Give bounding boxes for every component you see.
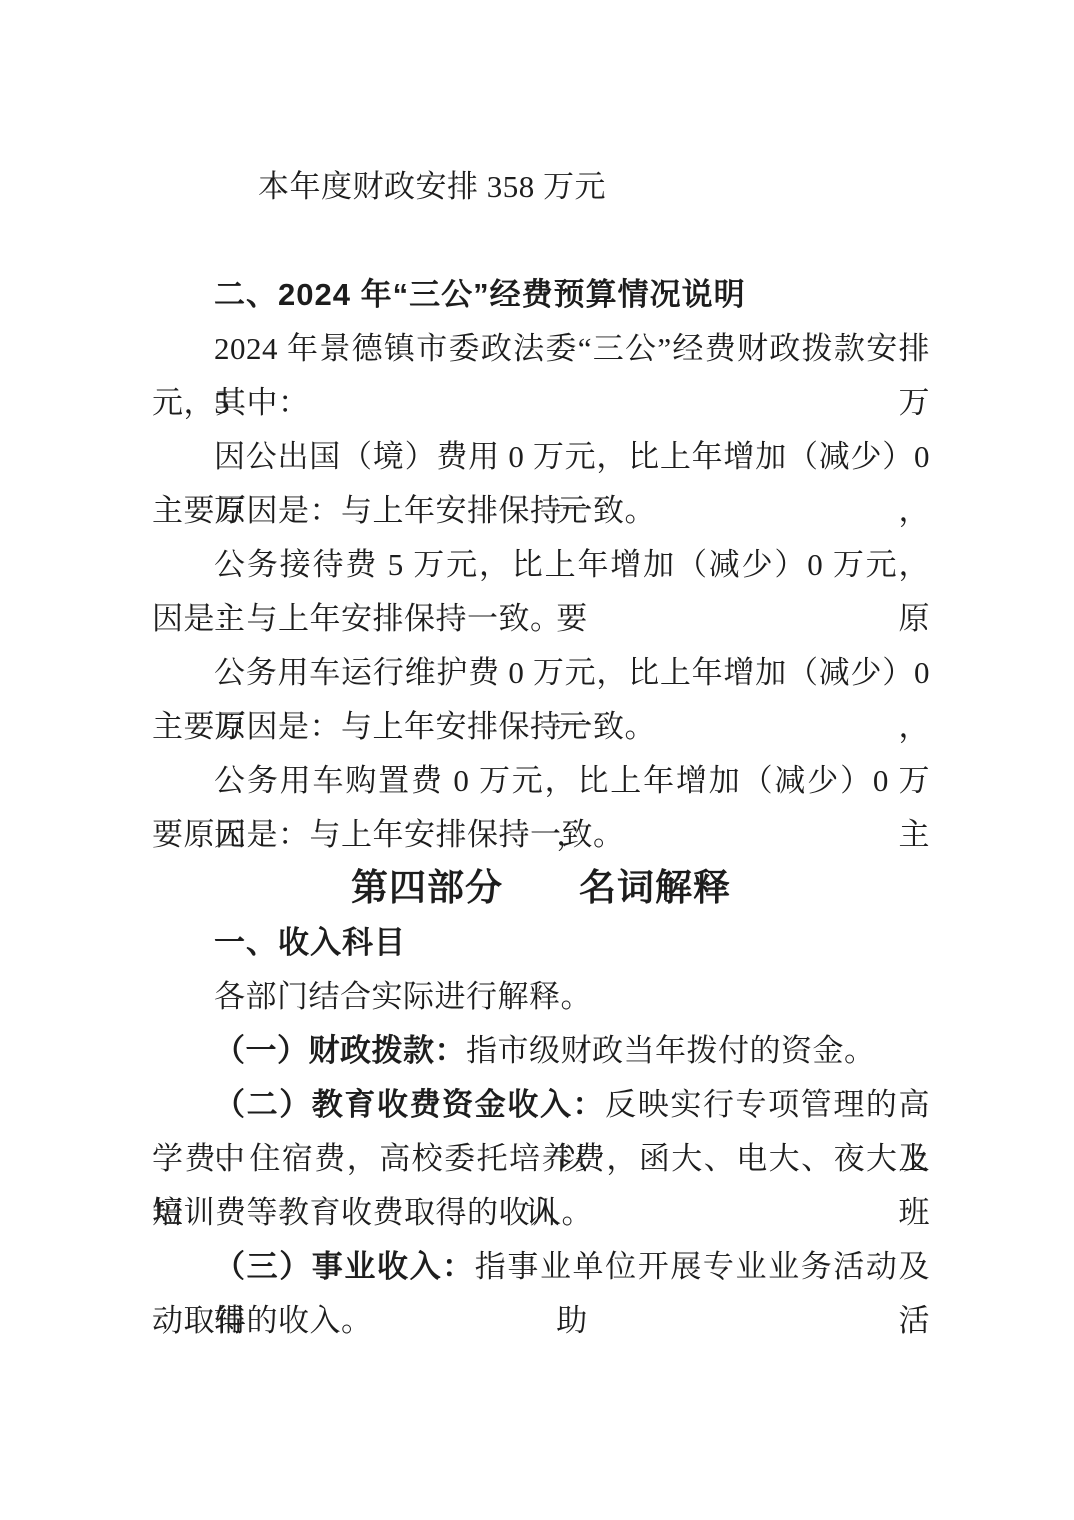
vehicle-purchase-line-1: 公务用车购置费 0 万元，比上年增加（减少）0 万元，主 <box>152 754 930 808</box>
term-fiscal-appropriation-line: （一）财政拨款：指市级财政当年拨付的资金。 <box>152 1024 930 1078</box>
glossary-intro-line: 各部门结合实际进行解释。 <box>152 970 930 1024</box>
document-body: 本年度财政安排 358 万元 二、2024 年“三公”经费预算情况说明 2024… <box>152 160 930 1348</box>
vehicle-maintenance-line-1: 公务用车运行维护费 0 万元，比上年增加（减少）0 万元， <box>152 646 930 700</box>
term-education-fee-line-2: 学费、住宿费，高校委托培养费，函大、电大、夜大及短训班 <box>152 1132 930 1186</box>
blank-line <box>152 214 930 268</box>
document-page: 本年度财政安排 358 万元 二、2024 年“三公”经费预算情况说明 2024… <box>0 0 1074 1520</box>
part-four-heading: 第四部分 名词解释 <box>152 862 930 916</box>
term-fiscal-appropriation-text: 指市级财政当年拨付的资金。 <box>466 1033 876 1068</box>
term-business-income-line-1: （三）事业收入：指事业单位开展专业业务活动及辅助活 <box>152 1240 930 1294</box>
term-education-fee-label: （二）教育收费资金收入： <box>214 1087 605 1122</box>
income-subjects-heading: 一、收入科目 <box>152 916 930 970</box>
abroad-expense-line-1: 因公出国（境）费用 0 万元，比上年增加（减少）0 万元， <box>152 430 930 484</box>
term-fiscal-appropriation-label: （一）财政拨款： <box>214 1033 466 1068</box>
section-two-heading: 二、2024 年“三公”经费预算情况说明 <box>152 268 930 322</box>
sangong-intro-line-1: 2024 年景德镇市委政法委“三公”经费财政拨款安排 5 万 <box>152 322 930 376</box>
term-business-income-label: （三）事业收入： <box>214 1249 475 1284</box>
carryover-line: 本年度财政安排 358 万元 <box>152 160 930 214</box>
term-education-fee-line-1: （二）教育收费资金收入：反映实行专项管理的高中以上 <box>152 1078 930 1132</box>
reception-expense-line-1: 公务接待费 5 万元，比上年增加（减少）0 万元，主要原 <box>152 538 930 592</box>
